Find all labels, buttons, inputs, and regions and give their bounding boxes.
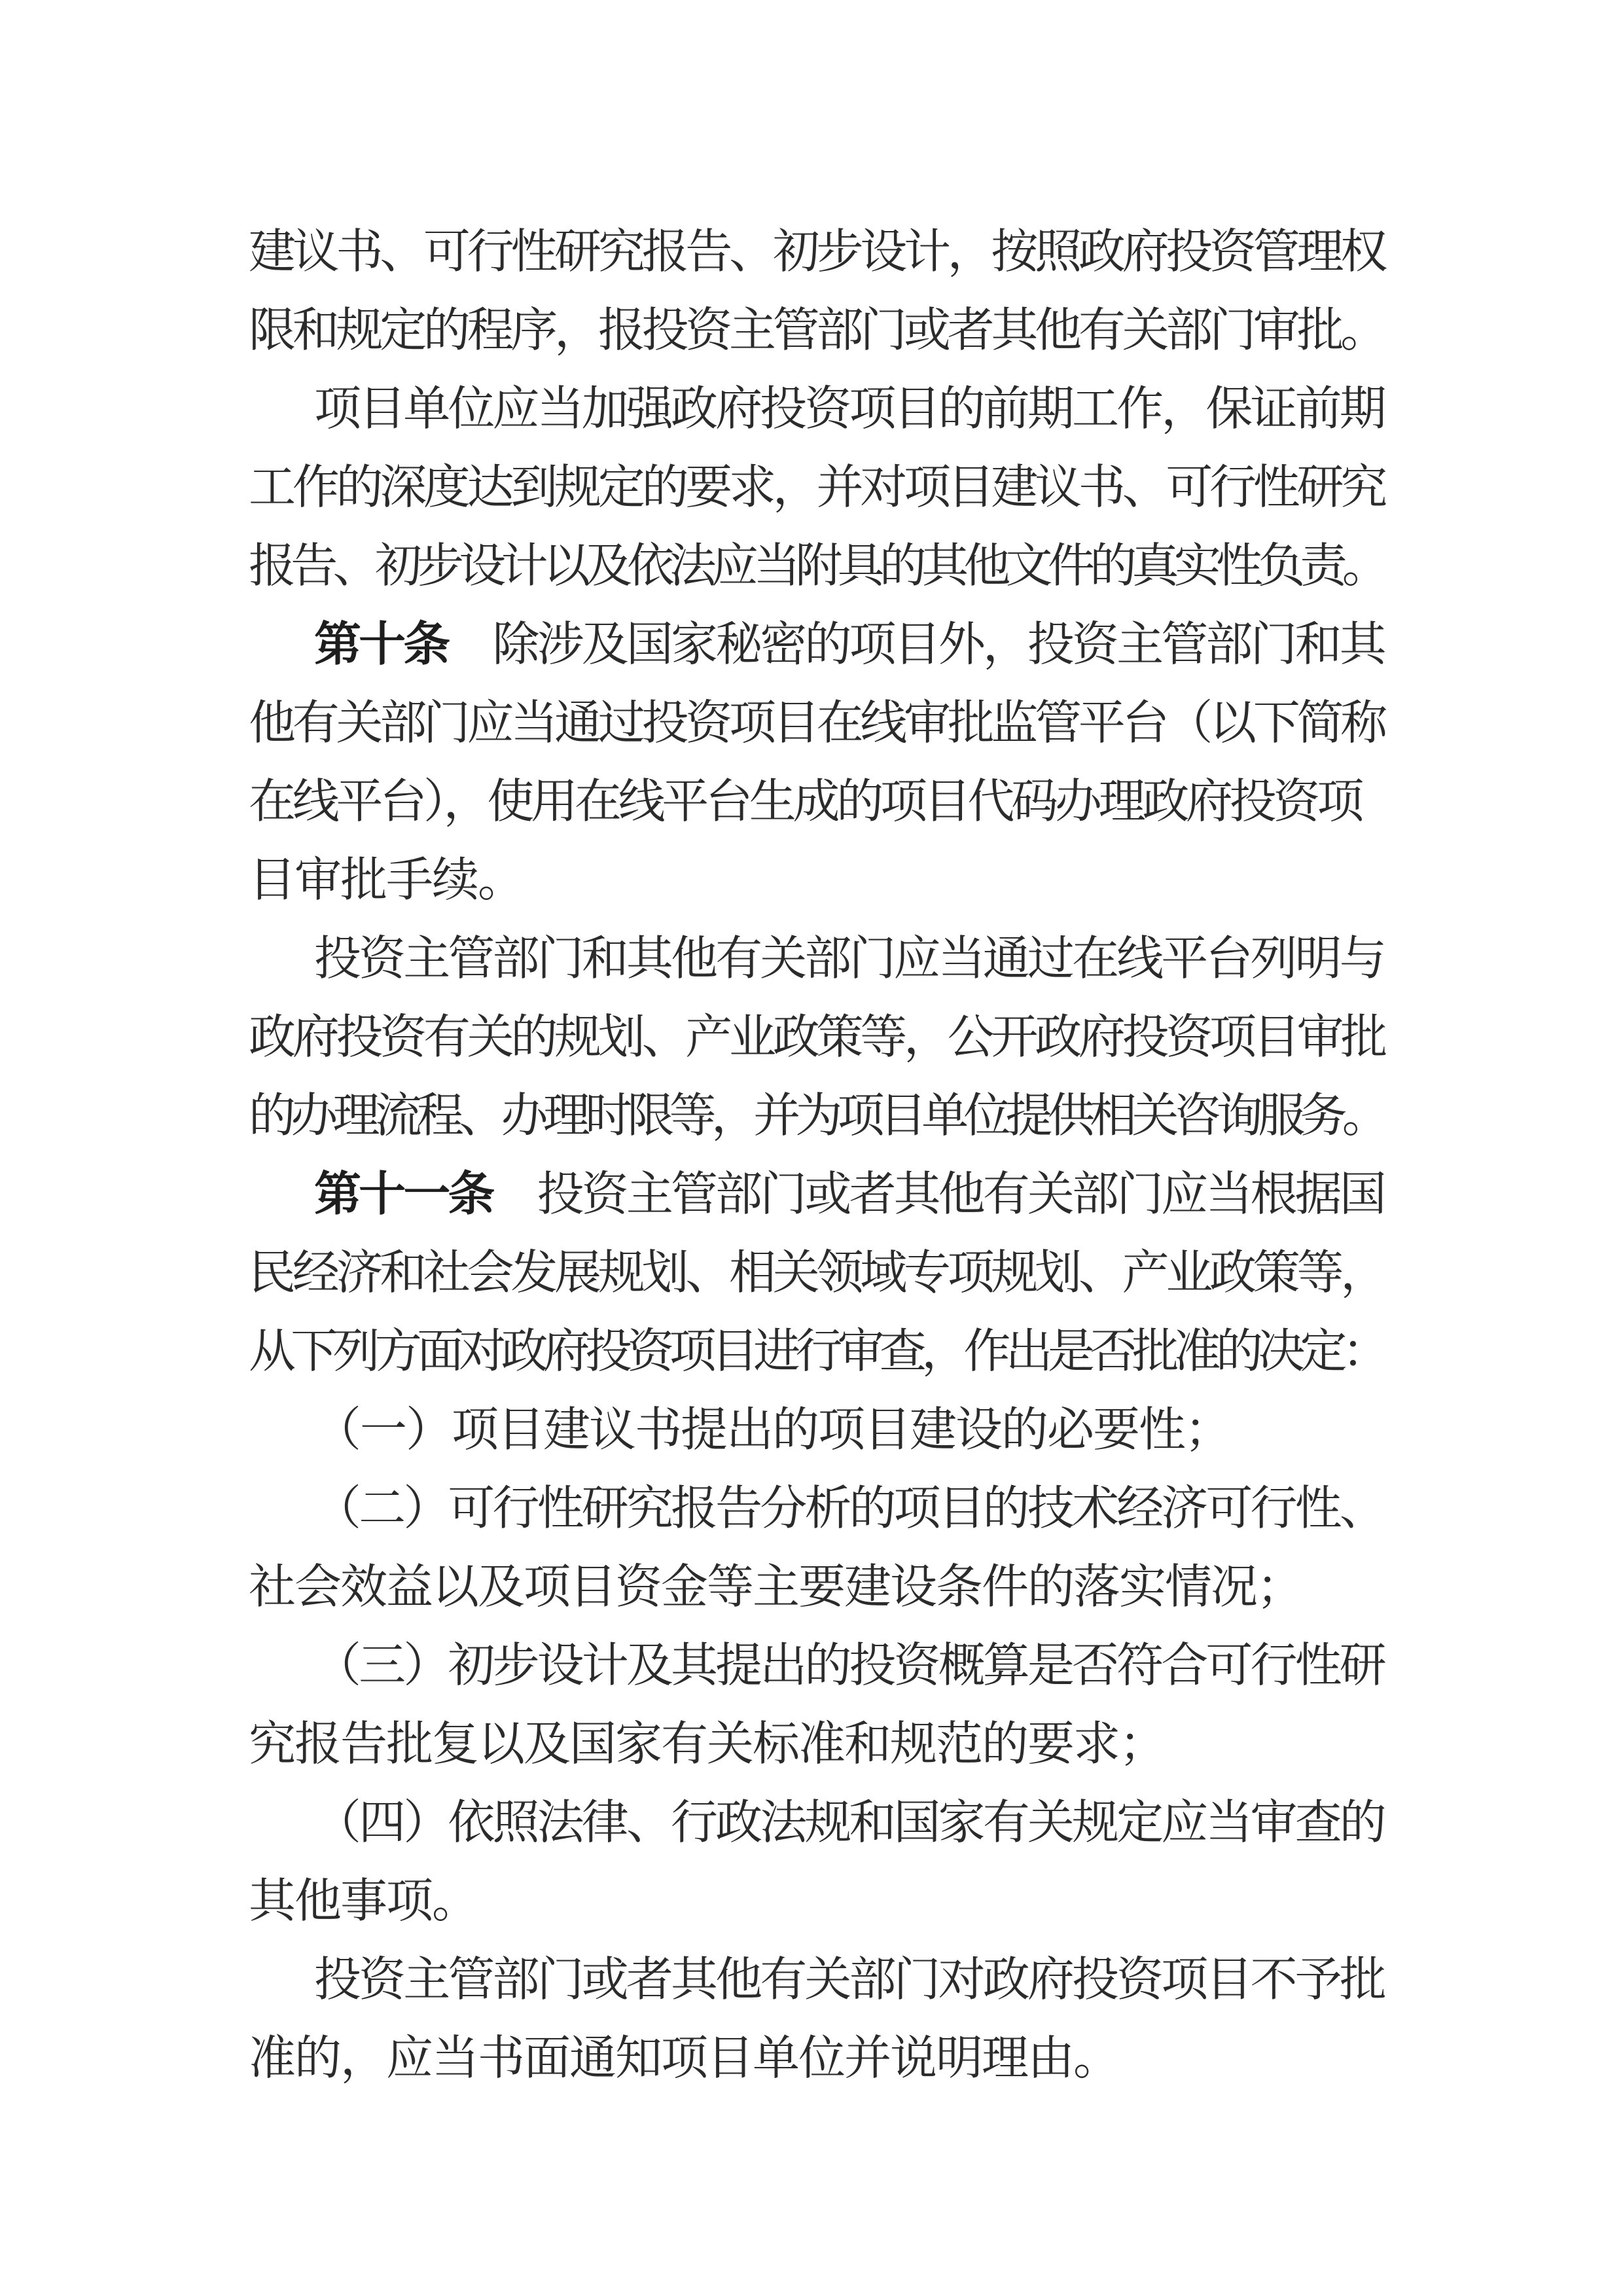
text-line-24: 准的，应当书面通知项目单位并说明理由。 xyxy=(249,2019,1400,2098)
text-line-17: （二）可行性研究报告分析的项目的技术经济可行性、 xyxy=(249,1469,1400,1548)
text-line-4: 工作的深度达到规定的要求，并对项目建议书、可行性研究 xyxy=(249,448,1400,527)
text-line-1: 建议书、可行性研究报告、初步设计，按照政府投资管理权 xyxy=(249,213,1400,291)
text-line-7: 他有关部门应当通过投资项目在线审批监管平台（以下简称 xyxy=(249,684,1400,762)
text-line-14: 民经济和社会发展规划、相关领域专项规划、产业政策等， xyxy=(249,1234,1400,1312)
text-line-2: 限和规定的程序，报投资主管部门或者其他有关部门审批。 xyxy=(249,291,1400,370)
text-line-19: （三）初步设计及其提出的投资概算是否符合可行性研 xyxy=(249,1626,1400,1705)
article-number: 第十一条 xyxy=(314,1168,492,1221)
text-line-23: 投资主管部门或者其他有关部门对政府投资项目不予批 xyxy=(249,1941,1400,2019)
text-line-9: 目审批手续。 xyxy=(249,841,1400,920)
text-line-22: 其他事项。 xyxy=(249,1862,1400,1941)
text-line-16: （一）项目建议书提出的项目建设的必要性； xyxy=(249,1391,1400,1469)
text-line-21: （四）依照法律、行政法规和国家有关规定应当审查的 xyxy=(249,1784,1400,1862)
text-line-12: 的办理流程、办理时限等，并为项目单位提供相关咨询服务。 xyxy=(249,1077,1400,1155)
text-line-15: 从下列方面对政府投资项目进行审查，作出是否批准的决定： xyxy=(249,1312,1400,1391)
text-line-13: 第十一条 投资主管部门或者其他有关部门应当根据国 xyxy=(249,1155,1400,1234)
text-line-5: 报告、初步设计以及依法应当附具的其他文件的真实性负责。 xyxy=(249,527,1400,605)
text-line-10: 投资主管部门和其他有关部门应当通过在线平台列明与 xyxy=(249,920,1400,998)
text-line-3: 项目单位应当加强政府投资项目的前期工作，保证前期 xyxy=(249,370,1400,448)
text-line-8: 在线平台），使用在线平台生成的项目代码办理政府投资项 xyxy=(249,762,1400,841)
text-line-11: 政府投资有关的规划、产业政策等，公开政府投资项目审批 xyxy=(249,998,1400,1077)
text-line-18: 社会效益以及项目资金等主要建设条件的落实情况； xyxy=(249,1548,1400,1626)
article-number: 第十条 xyxy=(314,619,448,671)
text-line-20: 究报告批复以及国家有关标准和规范的要求； xyxy=(249,1705,1400,1784)
document-page: 建议书、可行性研究报告、初步设计，按照政府投资管理权限和规定的程序，报投资主管部… xyxy=(0,0,1623,2296)
document-text-block: 建议书、可行性研究报告、初步设计，按照政府投资管理权限和规定的程序，报投资主管部… xyxy=(249,213,1400,2098)
text-line-6: 第十条 除涉及国家秘密的项目外，投资主管部门和其 xyxy=(249,605,1400,684)
